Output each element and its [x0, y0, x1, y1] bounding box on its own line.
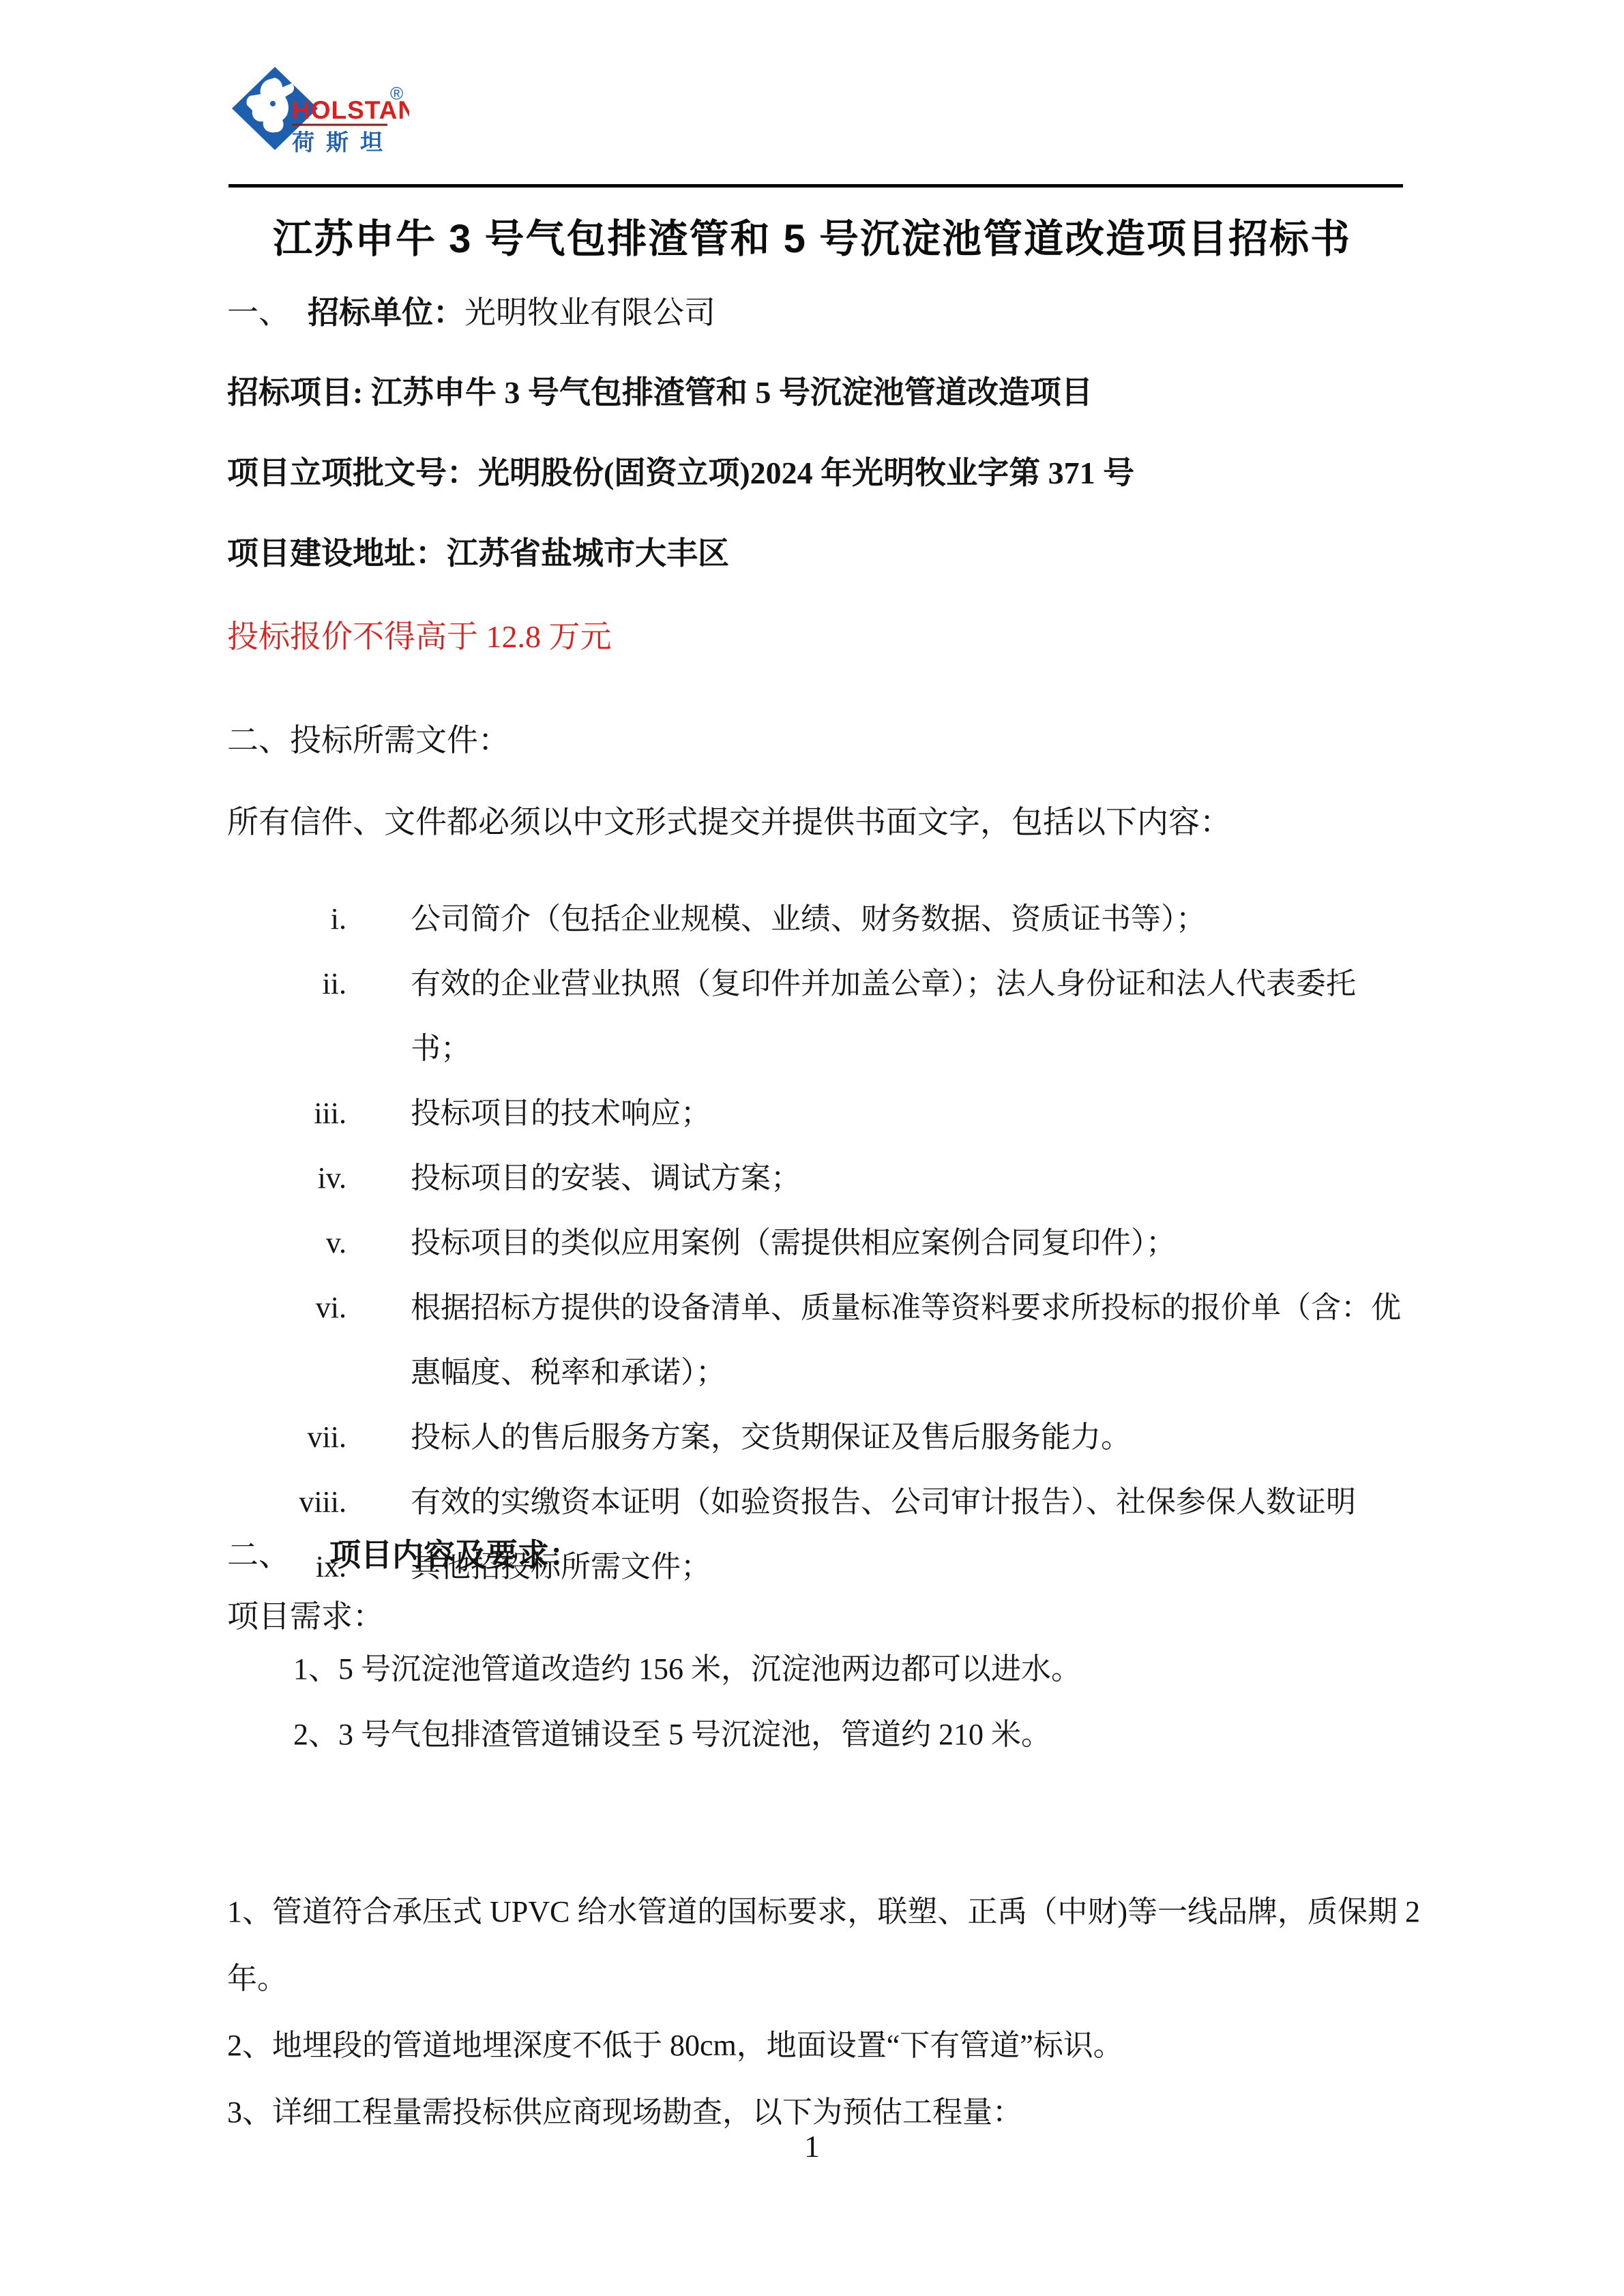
logo: HOLSTAN ® 荷斯坦 [232, 65, 409, 161]
construction-address-line: 项目建设地址：江苏省盐城市大丰区 [227, 536, 729, 571]
bid-document-item: iii. 投标项目的技术响应； [225, 1081, 1408, 1146]
list-marker: 一、 [227, 295, 308, 331]
bidder-unit-label: 招标单位： [308, 295, 464, 330]
item-number: viii. [225, 1470, 346, 1534]
item-text: 有效的实缴资本证明（如验资报告、公司审计报告）、社保参保人数证明 [411, 1470, 1403, 1534]
bidder-unit-line: 一、招标单位：光明牧业有限公司 [227, 295, 715, 331]
project-content-heading: 二、项目内容及要求： [227, 1538, 580, 1573]
bid-documents-list: i. 公司简介（包括企业规模、业绩、财务数据、资质证书等）； ii. 有效的企业… [225, 886, 1408, 1599]
registered-mark-icon: ® [390, 83, 403, 104]
bid-document-item: ii. 有效的企业营业执照（复印件并加盖公章）；法人身份证和法人代表委托书； [225, 951, 1408, 1081]
item-text: 投标项目的安装、调试方案； [411, 1146, 1403, 1210]
holstan-logo: HOLSTAN ® 荷斯坦 [232, 65, 409, 161]
bid-document-item: vii. 投标人的售后服务方案，交货期保证及售后服务能力。 [225, 1405, 1408, 1470]
bid-documents-intro: 所有信件、文件都必须以中文形式提交并提供书面文字，包括以下内容： [227, 805, 1231, 840]
item-text: 根据招标方提供的设备清单、质量标准等资料要求所投标的报价单（含：优惠幅度、税率和… [411, 1275, 1403, 1405]
bidder-unit-value: 光明牧业有限公司 [464, 295, 715, 330]
requirement-item: 2、地埋段的管道地埋深度不低于 80cm，地面设置“下有管道”标识。 [227, 2012, 1424, 2079]
item-number: ii. [225, 951, 346, 1081]
document-page: HOLSTAN ® 荷斯坦 江苏申牛 3 号气包排渣管和 5 号沉淀池管道改造项… [0, 0, 1624, 2296]
item-number: vi. [225, 1275, 346, 1405]
price-limit-line: 投标报价不得高于 12.8 万元 [227, 619, 612, 655]
demand-item: 1、5 号沉淀池管道改造约 156 米，沉淀池两边都可以进水。 [293, 1637, 1081, 1702]
list-marker: 二、 [227, 1538, 329, 1573]
cow-eye-dot [270, 101, 276, 106]
document-title: 江苏申牛 3 号气包排渣管和 5 号沉淀池管道改造项目招标书 [0, 207, 1624, 264]
item-text: 投标项目的技术响应； [411, 1081, 1403, 1146]
project-requirements: 1、管道符合承压式 UPVC 给水管道的国标要求，联塑、正禹（中财)等一线品牌，… [227, 1879, 1424, 2146]
divider-rule [228, 184, 1403, 188]
requirement-item: 1、管道符合承压式 UPVC 给水管道的国标要求，联塑、正禹（中财)等一线品牌，… [227, 1879, 1424, 2012]
bid-document-item: i. 公司简介（包括企业规模、业绩、财务数据、资质证书等）； [225, 886, 1408, 951]
item-number: iii. [225, 1081, 346, 1146]
item-number: vii. [225, 1405, 346, 1470]
item-text: 投标人的售后服务方案，交货期保证及售后服务能力。 [411, 1405, 1403, 1470]
item-number: iv. [225, 1146, 346, 1210]
item-number: i. [225, 886, 346, 951]
bid-documents-heading: 二、投标所需文件： [227, 723, 510, 758]
item-text: 公司简介（包括企业规模、业绩、财务数据、资质证书等）； [411, 886, 1403, 951]
project-demand-list: 1、5 号沉淀池管道改造约 156 米，沉淀池两边都可以进水。 2、3 号气包排… [293, 1637, 1081, 1768]
project-content-heading-text: 项目内容及要求： [329, 1538, 580, 1572]
item-text: 投标项目的类似应用案例（需提供相应案例合同复印件）； [411, 1210, 1403, 1275]
project-name-line: 招标项目: 江苏申牛 3 号气包排渣管和 5 号沉淀池管道改造项目 [227, 375, 1093, 411]
bid-document-item: iv. 投标项目的安装、调试方案； [225, 1146, 1408, 1210]
bid-document-item: v. 投标项目的类似应用案例（需提供相应案例合同复印件）； [225, 1210, 1408, 1275]
approval-number-line: 项目立项批文号：光明股份(固资立项)2024 年光明牧业字第 371 号 [227, 456, 1134, 491]
brand-name-cn: 荷斯坦 [292, 130, 394, 155]
page-number: 1 [0, 2129, 1624, 2164]
demand-item: 2、3 号气包排渣管道铺设至 5 号沉淀池，管道约 210 米。 [293, 1702, 1081, 1768]
bid-document-item: vi. 根据招标方提供的设备清单、质量标准等资料要求所投标的报价单（含：优惠幅度… [225, 1275, 1408, 1405]
item-text: 有效的企业营业执照（复印件并加盖公章）；法人身份证和法人代表委托书； [411, 951, 1403, 1081]
project-demand-label: 项目需求： [227, 1599, 384, 1635]
bid-document-item: viii. 有效的实缴资本证明（如验资报告、公司审计报告）、社保参保人数证明 [225, 1470, 1408, 1534]
item-number: v. [225, 1210, 346, 1275]
